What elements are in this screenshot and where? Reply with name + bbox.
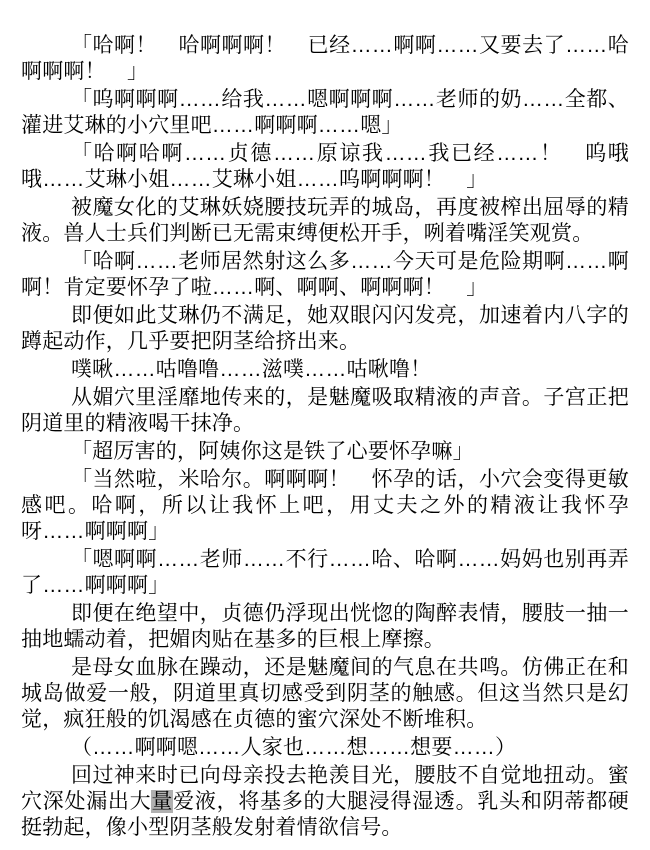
dialogue-paragraph: 「哈啊哈啊……贞德……原谅我……我已经……！ 呜哦哦……艾琳小姐……艾琳小姐………	[21, 141, 629, 193]
narration-paragraph: 即便在绝望中，贞德仍浮现出恍惚的陶醉表情，腰肢一抽一抽地蠕动着，把媚肉贴在基多的…	[21, 601, 629, 653]
dialogue-paragraph: 「哈啊！ 哈啊啊啊！ 已经……啊啊……又要去了……哈啊啊啊！ 」	[21, 33, 629, 85]
text-page: 「哈啊！ 哈啊啊啊！ 已经……啊啊……又要去了……哈啊啊啊！ 」 「呜啊啊啊………	[0, 0, 650, 850]
dialogue-paragraph: 「呜啊啊啊……给我……嗯啊啊啊……老师的奶……全都、灌进艾琳的小穴里吧……啊啊啊…	[21, 87, 629, 139]
dialogue-paragraph: 「哈啊……老师居然射这么多……今天可是危险期啊……啊啊！肯定要怀孕了啦……啊、啊…	[21, 249, 629, 301]
narration-paragraph: 从媚穴里淫靡地传来的，是魅魔吸取精液的声音。子宫正把阴道里的精液喝干抹净。	[21, 385, 629, 437]
highlighted-char: 量	[151, 790, 173, 813]
narration-paragraph: 回过神来时已向母亲投去艳羡目光，腰肢不自觉地扭动。蜜穴深处漏出大量爱液，将基多的…	[21, 763, 629, 841]
narration-paragraph: 即便如此艾琳仍不满足，她双眼闪闪发亮，加速着内八字的蹲起动作，几乎要把阴茎给挤出…	[21, 303, 629, 355]
narration-paragraph: 是母女血脉在躁动，还是魅魔间的气息在共鸣。仿佛正在和城岛做爱一般，阴道里真切感受…	[21, 655, 629, 733]
inner-thought-line: （……啊啊嗯……人家也……想……想要……）	[21, 735, 629, 761]
dialogue-paragraph: 「超厉害的，阿姨你这是铁了心要怀孕嘛」	[21, 439, 629, 465]
sfx-line: 噗啾……咕噜噜……滋噗……咕啾噜！	[21, 357, 629, 383]
dialogue-paragraph: 「当然啦，米哈尔。啊啊啊！ 怀孕的话，小穴会变得更敏感吧。哈啊，所以让我怀上吧，…	[21, 467, 629, 545]
narration-paragraph: 被魔女化的艾琳妖娆腰技玩弄的城岛，再度被榨出屈辱的精液。兽人士兵们判断已无需束缚…	[21, 195, 629, 247]
dialogue-paragraph: 「嗯啊啊……老师……不行……哈、哈啊……妈妈也别再弄了……啊啊啊」	[21, 547, 629, 599]
